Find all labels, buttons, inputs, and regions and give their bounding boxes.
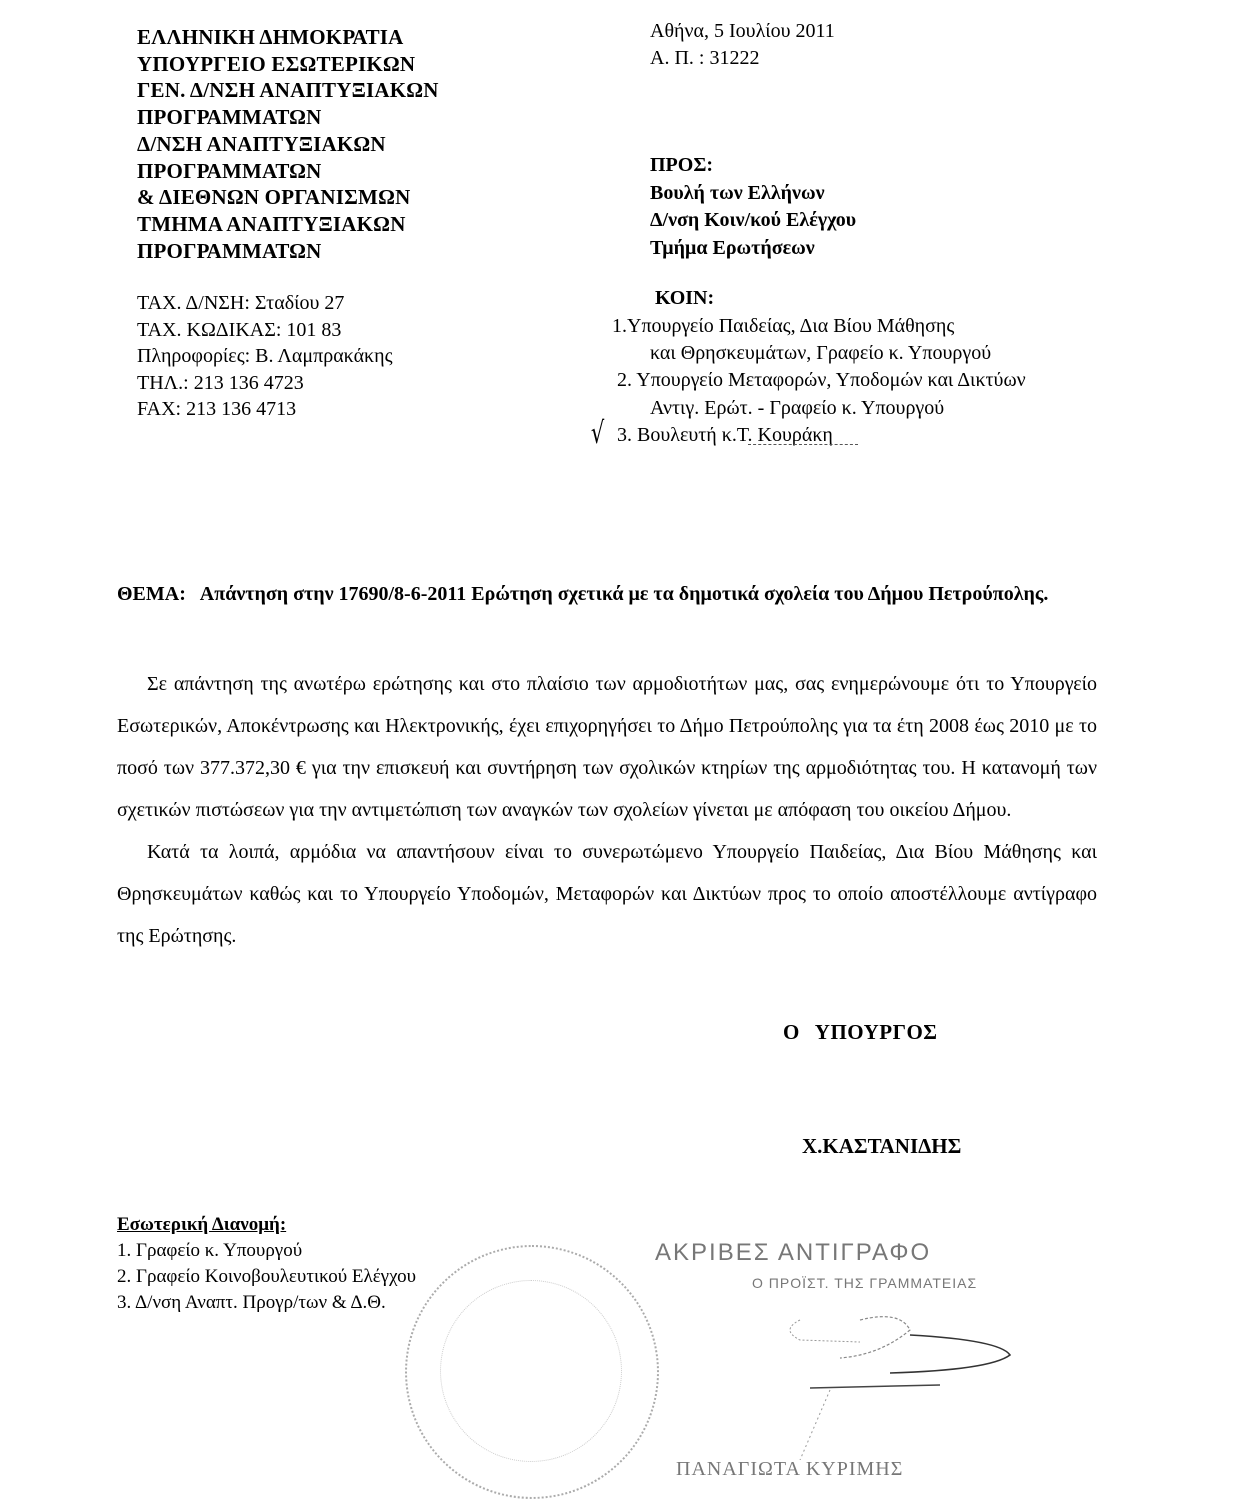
cc-line: και Θρησκευμάτων, Γραφείο κ. Υπουργού (612, 340, 1026, 367)
issuer-line: & ΔΙΕΘΝΩΝ ΟΡΓΑΝΙΣΜΩΝ (137, 184, 439, 211)
signatory-title: Ο ΥΠΟΥΡΓΟΣ (783, 1020, 938, 1045)
issuer-header: ΕΛΛΗΝΙΚΗ ΔΗΜΟΚΡΑΤΙΑ ΥΠΟΥΡΓΕΙΟ ΕΣΩΤΕΡΙΚΩΝ… (137, 24, 439, 264)
distribution-item: 1. Γραφείο κ. Υπουργού (117, 1238, 416, 1264)
cc-line: Αντιγ. Ερώτ. - Γραφείο κ. Υπουργού (612, 395, 1026, 422)
letter-body: Σε απάντηση της ανωτέρω ερώτησης και στο… (117, 663, 1097, 957)
official-seal-inner-ring (440, 1280, 622, 1462)
recipient-to: ΠΡΟΣ: Βουλή των Ελλήνων Δ/νση Κοιν/κού Ε… (650, 152, 856, 262)
to-line: Δ/νση Κοιν/κού Ελέγχου (650, 207, 856, 235)
document-date: Αθήνα, 5 Ιουλίου 2011 (650, 18, 835, 45)
info-contact-line: Πληροφορίες: Β. Λαμπρακάκης (137, 343, 393, 370)
date-block: Αθήνα, 5 Ιουλίου 2011 Α. Π. : 31222 (650, 18, 835, 72)
distribution-item: 3. Δ/νση Αναπτ. Προγρ/των & Δ.Θ. (117, 1290, 416, 1316)
issuer-line: ΤΜΗΜΑ ΑΝΑΠΤΥΞΙΑΚΩΝ (137, 211, 439, 238)
issuer-line: ΕΛΛΗΝΙΚΗ ΔΗΜΟΚΡΑΤΙΑ (137, 24, 439, 51)
subject-text: Απάντηση στην 17690/8-6-2011 Ερώτηση σχε… (200, 583, 1049, 605)
handwritten-signature-icon (740, 1310, 1040, 1460)
address-line: ΤΑΧ. Δ/ΝΣΗ: Σταδίου 27 (137, 290, 393, 317)
cc-line: 2. Υπουργείο Μεταφορών, Υποδομών και Δικ… (612, 367, 1026, 394)
handwritten-underline (748, 444, 858, 445)
to-label: ΠΡΟΣ: (650, 152, 856, 180)
recipient-cc: 1.Υπουργείο Παιδείας, Δια Βίου Μάθησης κ… (612, 313, 1026, 449)
issuer-line: Δ/ΝΣΗ ΑΝΑΠΤΥΞΙΑΚΩΝ (137, 131, 439, 158)
issuer-line: ΓΕΝ. Δ/ΝΣΗ ΑΝΑΠΤΥΞΙΑΚΩΝ (137, 77, 439, 104)
cc-line: 1.Υπουργείο Παιδείας, Δια Βίου Μάθησης (612, 313, 1026, 340)
distribution-title: Εσωτερική Διανομή: (117, 1212, 416, 1238)
phone-line: ΤΗΛ.: 213 136 4723 (137, 370, 393, 397)
certified-copy-stamp: ΑΚΡΙΒΕΣ ΑΝΤΙΓΡΑΦΟ (655, 1239, 931, 1267)
signatory-name: Χ.ΚΑΣΤΑΝΙΔΗΣ (802, 1134, 961, 1159)
body-paragraph: Κατά τα λοιπά, αρμόδια να απαντήσουν είν… (117, 831, 1097, 957)
contact-info: ΤΑΧ. Δ/ΝΣΗ: Σταδίου 27 ΤΑΧ. ΚΩΔΙΚΑΣ: 101… (137, 290, 393, 423)
to-line: Τμήμα Ερωτήσεων (650, 235, 856, 263)
cc-label: ΚΟΙΝ: (655, 287, 714, 310)
issuer-line: ΥΠΟΥΡΓΕΙΟ ΕΣΩΤΕΡΙΚΩΝ (137, 51, 439, 78)
issuer-line: ΠΡΟΓΡΑΜΜΑΤΩΝ (137, 158, 439, 185)
distribution-item: 2. Γραφείο Κοινοβουλευτικού Ελέγχου (117, 1264, 416, 1290)
subject-label: ΘΕΜΑ: (117, 583, 186, 605)
handwritten-checkmark-icon: √ (591, 416, 604, 451)
certified-copy-stamp-subtitle: Ο ΠΡΟΪΣΤ. ΤΗΣ ΓΡΑΜΜΑΤΕΙΑΣ (752, 1275, 977, 1291)
fax-line: FAX: 213 136 4713 (137, 396, 393, 423)
to-line: Βουλή των Ελλήνων (650, 180, 856, 208)
subject: ΘΕΜΑ: Απάντηση στην 17690/8-6-2011 Ερώτη… (117, 576, 1107, 612)
postal-code-line: ΤΑΧ. ΚΩΔΙΚΑΣ: 101 83 (137, 317, 393, 344)
protocol-number: Α. Π. : 31222 (650, 45, 835, 72)
issuer-line: ΠΡΟΓΡΑΜΜΑΤΩΝ (137, 104, 439, 131)
internal-distribution: Εσωτερική Διανομή: 1. Γραφείο κ. Υπουργο… (117, 1212, 416, 1316)
certifier-name-stamp: ΠΑΝΑΓΙΩΤΑ ΚΥΡΙΜΗΣ (676, 1458, 903, 1481)
body-paragraph: Σε απάντηση της ανωτέρω ερώτησης και στο… (117, 663, 1097, 831)
issuer-line: ΠΡΟΓΡΑΜΜΑΤΩΝ (137, 238, 439, 265)
